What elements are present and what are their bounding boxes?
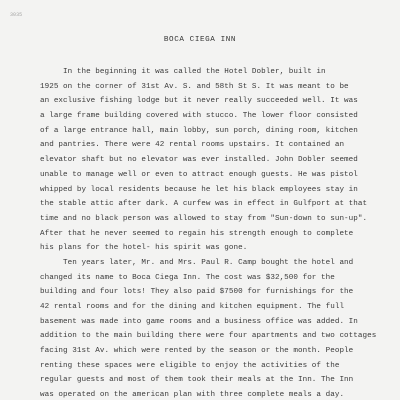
- text-line: unable to manage well or even to attract…: [40, 168, 390, 183]
- text-line: and pantries. There were 42 rental rooms…: [40, 138, 390, 153]
- text-line: an exclusive fishing lodge but it never …: [40, 94, 390, 109]
- text-line: renting these spaces were eligible to en…: [40, 359, 390, 374]
- text-line: After that he never seemed to regain his…: [40, 227, 390, 242]
- text-line: 1925 on the corner of 31st Av. S. and 58…: [40, 80, 390, 95]
- text-line: changed its name to Boca Ciega Inn. The …: [40, 271, 390, 286]
- text-line: building and four lots! They also paid $…: [40, 285, 390, 300]
- text-line: In the beginning it was called the Hotel…: [40, 65, 390, 80]
- text-line: addition to the main building there were…: [40, 329, 390, 344]
- document-body: In the beginning it was called the Hotel…: [40, 65, 390, 400]
- text-line: regular guests and most of them took the…: [40, 373, 390, 388]
- text-line: his plans for the hotel- his spirit was …: [40, 241, 390, 256]
- text-line: of a large entrance hall, main lobby, su…: [40, 124, 390, 139]
- text-line: time and no black person was allowed to …: [40, 212, 390, 227]
- archive-number-mark: 3035: [10, 12, 22, 18]
- text-line: basement was made into game rooms and a …: [40, 315, 390, 330]
- text-line: whipped by local residents because he le…: [40, 183, 390, 198]
- text-line: a large frame building covered with stuc…: [40, 109, 390, 124]
- text-line: facing 31st Av. which were rented by the…: [40, 344, 390, 359]
- document-title: BOCA CIEGA INN: [0, 36, 400, 44]
- text-line: 42 rental rooms and for the dining and k…: [40, 300, 390, 315]
- text-line: was operated on the american plan with t…: [40, 388, 390, 400]
- text-line: elevator shaft but no elevator was ever …: [40, 153, 390, 168]
- text-line: Ten years later, Mr. and Mrs. Paul R. Ca…: [40, 256, 390, 271]
- document-page: 3035 BOCA CIEGA INN In the beginning it …: [0, 0, 400, 400]
- text-line: the stable attic after dark. A curfew wa…: [40, 197, 390, 212]
